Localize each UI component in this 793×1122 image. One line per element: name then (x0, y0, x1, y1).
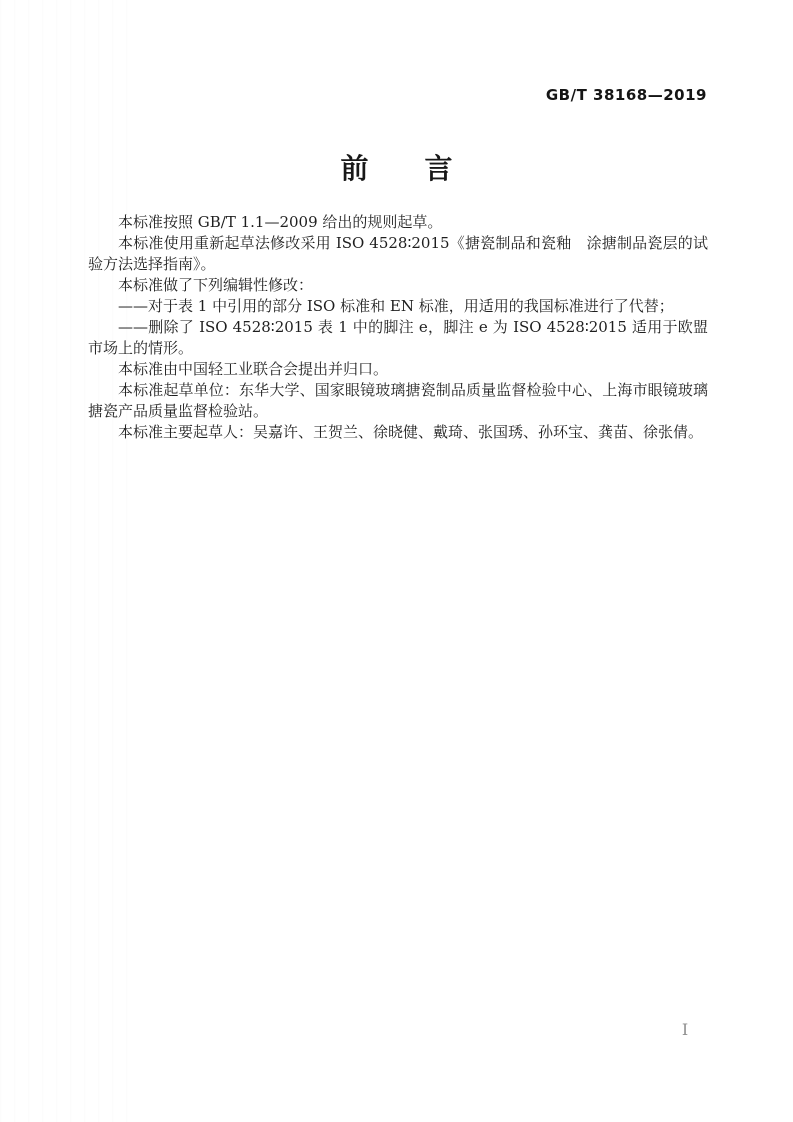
paragraph: 本标准起草单位：东华大学、国家眼镜玻璃搪瓷制品质量监督检验中心、上海市眼镜玻璃搪… (88, 380, 708, 422)
paragraph: 本标准使用重新起草法修改采用 ISO 4528∶2015《搪瓷制品和瓷釉 涂搪制… (88, 233, 708, 275)
document-page: GB/T 38168—2019 前 言 本标准按照 GB/T 1.1—2009 … (0, 0, 793, 1122)
foreword-body: 本标准按照 GB/T 1.1—2009 给出的规则起草。 本标准使用重新起草法修… (88, 212, 708, 443)
paragraph: 本标准按照 GB/T 1.1—2009 给出的规则起草。 (88, 212, 708, 233)
standard-number: GB/T 38168—2019 (546, 86, 707, 104)
paragraph-dash-item: ——对于表 1 中引用的部分 ISO 标准和 EN 标准，用适用的我国标准进行了… (88, 296, 708, 317)
page-number: Ⅰ (665, 1020, 705, 1039)
paragraph: 本标准做了下列编辑性修改： (88, 275, 708, 296)
paragraph: 本标准由中国轻工业联合会提出并归口。 (88, 359, 708, 380)
paragraph: 本标准主要起草人：吴嘉许、王贺兰、徐晓健、戴琦、张国琇、孙环宝、龚苗、徐张倩。 (88, 422, 708, 443)
paragraph-dash-item: ——删除了 ISO 4528∶2015 表 1 中的脚注 e，脚注 e 为 IS… (88, 317, 708, 359)
page-title: 前 言 (0, 147, 793, 187)
